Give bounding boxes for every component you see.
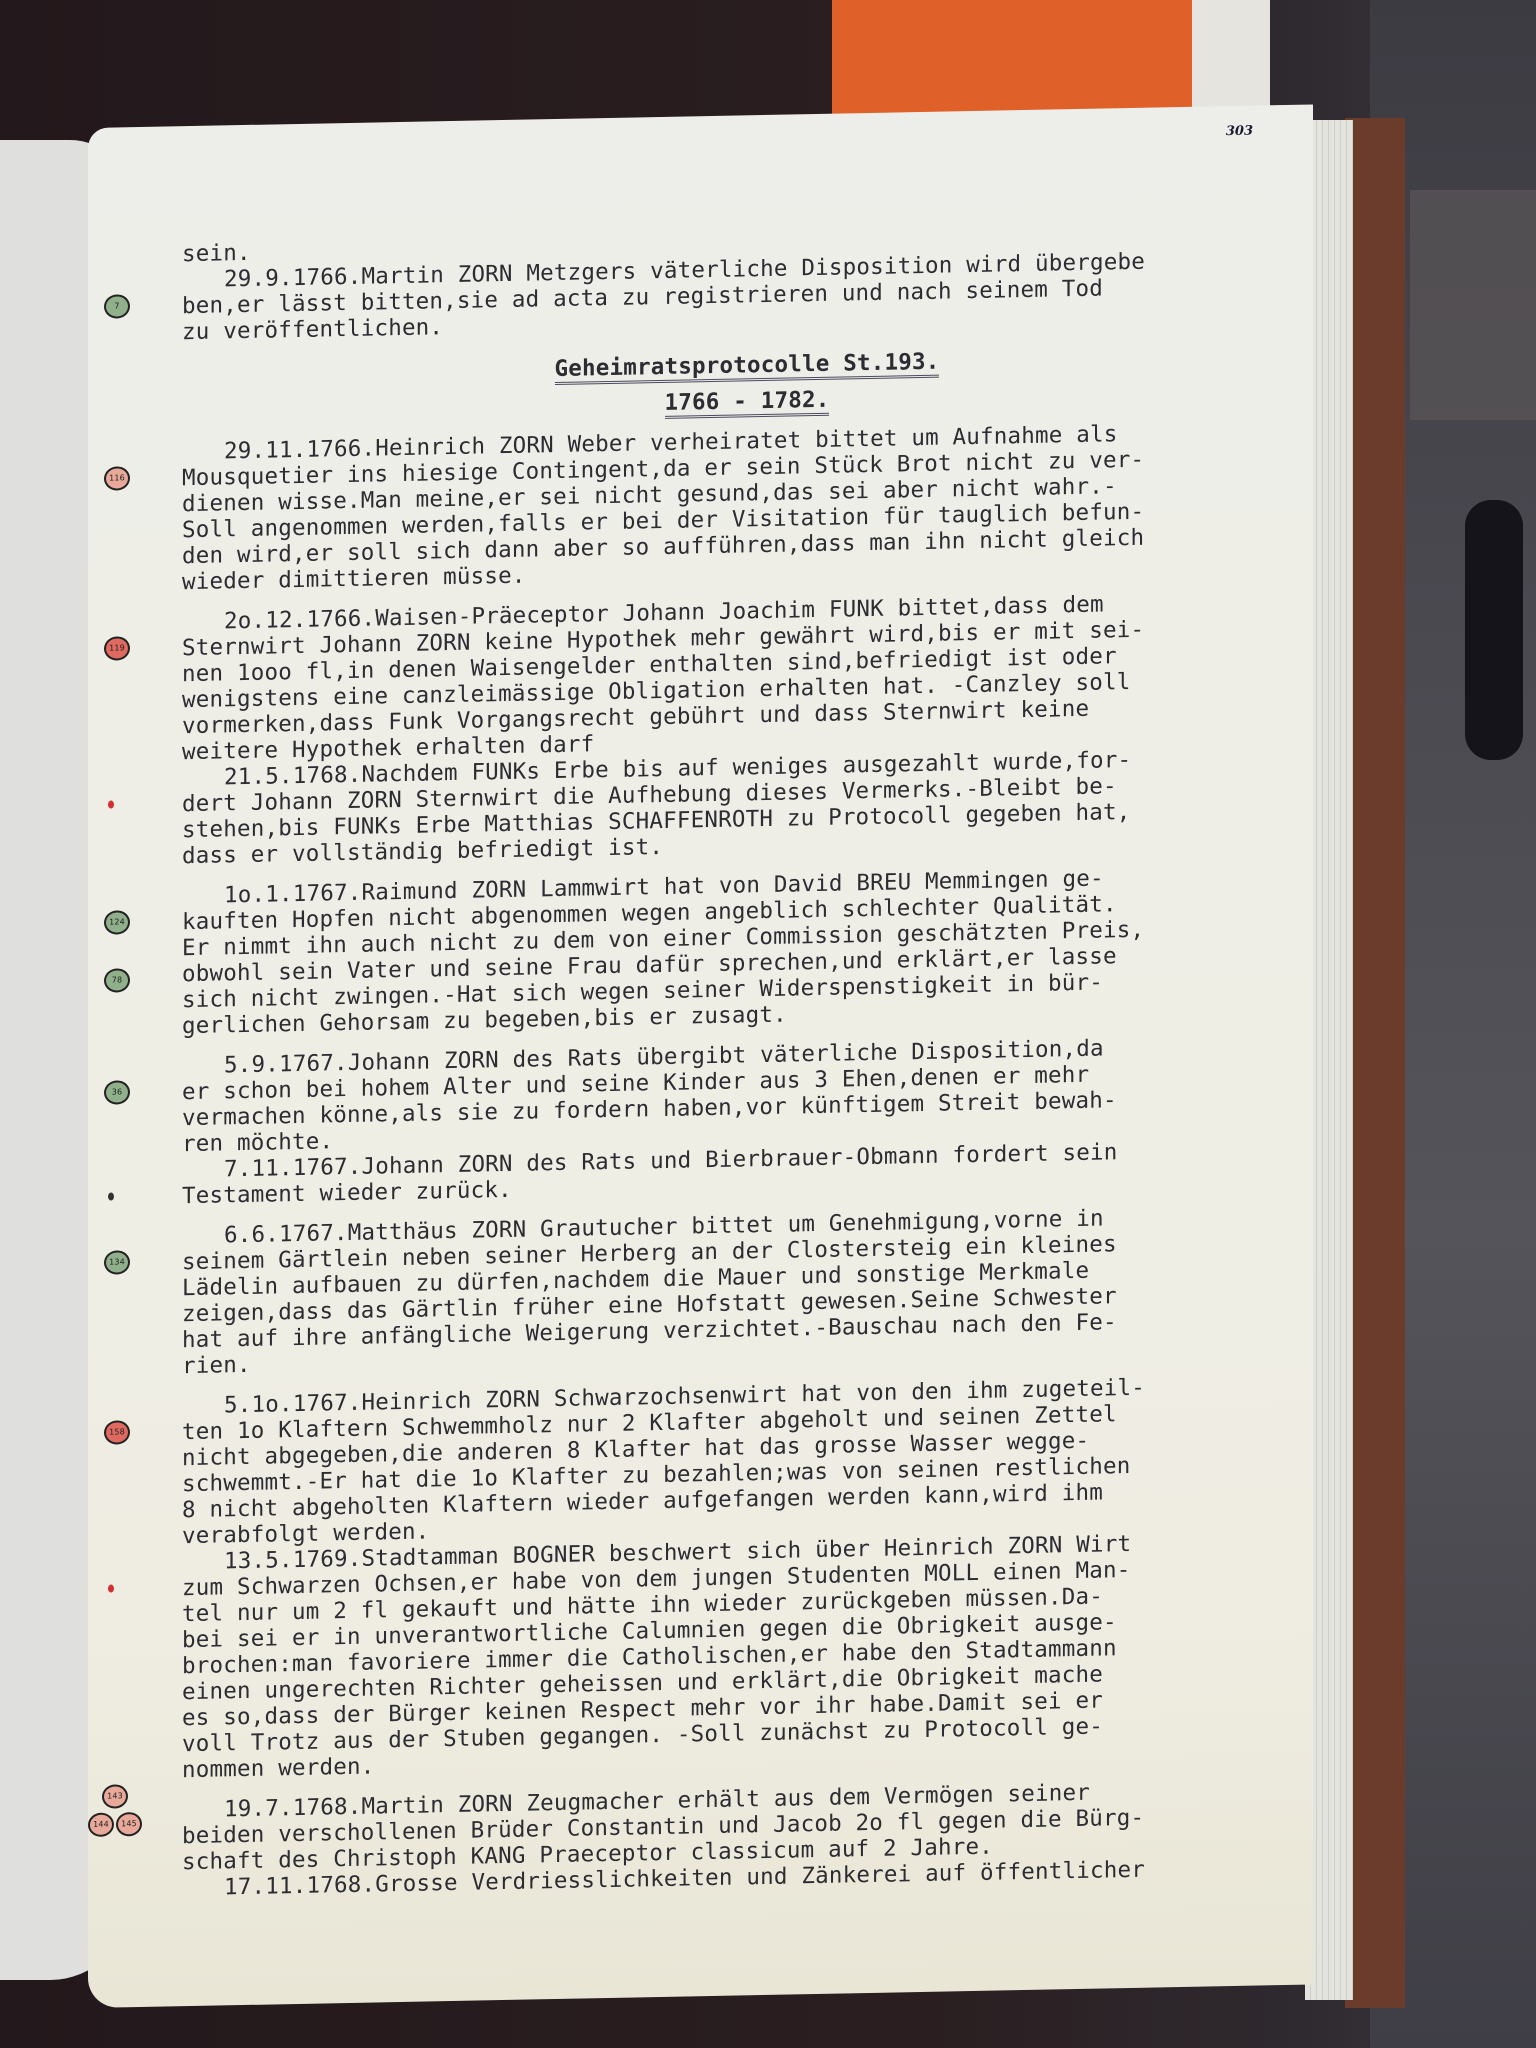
- page-number: 303: [1226, 124, 1253, 140]
- margin-dot-mark: [108, 1585, 114, 1593]
- margin-circled-number: 144: [88, 1813, 114, 1837]
- margin-dot-mark: [108, 801, 114, 809]
- margin-circled-number: 116: [104, 466, 130, 490]
- background-object: [1410, 190, 1536, 420]
- heading-title: Geheimratsprotocolle St.193.: [555, 349, 940, 385]
- margin-circled-number: 124: [104, 910, 130, 934]
- typed-text-body: sein. 29.9.1766.Martin ZORN Metzgers vät…: [182, 219, 1312, 1901]
- protocol-entry: 21.5.1768.Nachdem FUNKs Erbe bis auf wen…: [182, 743, 1312, 869]
- document-page: 303 sein. 29.9.1766.Martin ZORN Metzgers…: [88, 104, 1313, 2008]
- margin-dot-mark: [108, 1193, 114, 1201]
- section-heading: Geheimratsprotocolle St.193.1766 - 1782.: [182, 341, 1312, 425]
- entry-date: 5.9.1767.: [224, 1050, 348, 1078]
- margin-circled-number: 145: [116, 1812, 142, 1836]
- margin-circled-number: 36: [104, 1080, 130, 1104]
- protocol-entry: 5.1o.1767.Heinrich ZORN Schwarzochsenwir…: [182, 1371, 1312, 1549]
- entry-date: 2o.12.1766.: [224, 605, 375, 634]
- protocol-entry: 6.6.1767.Matthäus ZORN Grautucher bittet…: [182, 1201, 1312, 1379]
- entry-date: 5.1o.1767.: [224, 1390, 361, 1419]
- margin-circled-number: 143: [102, 1784, 128, 1808]
- protocol-entry: 29.11.1766.Heinrich ZORN Weber verheirat…: [182, 417, 1312, 595]
- entry-date: 19.7.1768.: [224, 1794, 361, 1823]
- margin-circled-number: 119: [104, 636, 130, 660]
- entry-date: 29.11.1766.: [224, 435, 375, 464]
- protocol-entry: 13.5.1769.Stadtamman BOGNER beschwert si…: [182, 1527, 1312, 1783]
- entry-date: 29.9.1766.: [224, 264, 361, 293]
- binder-clip: [1465, 500, 1523, 760]
- protocol-entry: 1o.1.1767.Raimund ZORN Lammwirt hat von …: [182, 861, 1312, 1039]
- margin-circled-number: 78: [104, 968, 130, 992]
- margin-circled-number: 134: [104, 1250, 130, 1274]
- book-cover-edge: [1345, 118, 1405, 2008]
- entry-date: 1o.1.1767.: [224, 880, 361, 909]
- entry-date: 6.6.1767.: [224, 1220, 348, 1248]
- heading-years: 1766 - 1782.: [665, 387, 830, 419]
- white-bookmark-tab: [1192, 0, 1270, 115]
- entry-date: 7.11.1767.: [224, 1154, 361, 1183]
- entry-date: 17.11.1768.: [224, 1871, 375, 1900]
- entry-date: 13.5.1769.: [224, 1546, 361, 1575]
- margin-circled-number: 158: [104, 1420, 130, 1444]
- protocol-entry: 2o.12.1766.Waisen-Präeceptor Johann Joac…: [182, 587, 1312, 765]
- entry-date: 21.5.1768.: [224, 762, 361, 791]
- margin-circled-number: 7: [104, 294, 130, 318]
